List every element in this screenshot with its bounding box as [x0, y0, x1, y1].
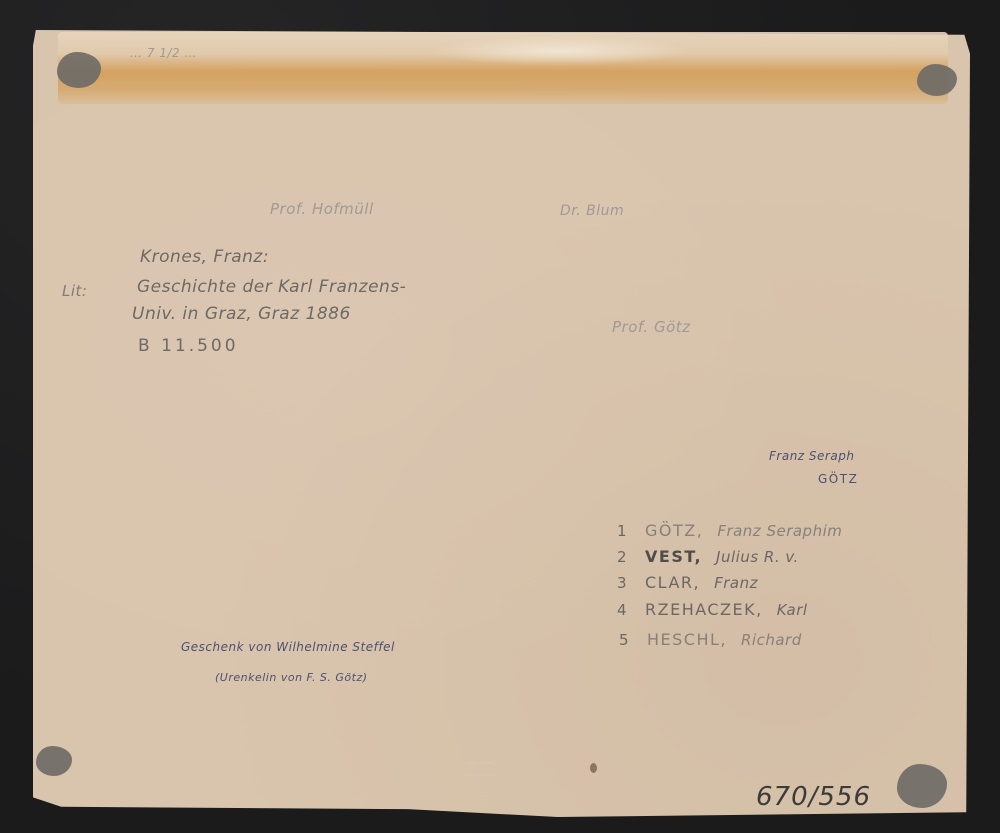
annotation-prof-goetz: Prof. Götz: [612, 318, 691, 336]
person-surname: CLAR,: [645, 573, 700, 592]
citation-shelfmark: B 11.500: [138, 336, 239, 356]
tape-pencil-mark: … 7 1/2 …: [130, 46, 197, 60]
donation-note-line2: (Urenkelin von F. S. Götz): [215, 671, 368, 684]
person-list-item-5: 5 HESCHL, Richard: [619, 630, 802, 649]
tape-worn-area: [430, 36, 690, 66]
list-number: 1: [617, 522, 631, 540]
person-given-name: Julius R. v.: [716, 548, 799, 566]
list-number: 3: [617, 574, 631, 592]
person-list-item-1: 1 GÖTZ, Franz Seraphim: [617, 521, 842, 540]
subject-surname: GÖTZ: [818, 472, 858, 486]
person-given-name: Franz: [714, 574, 758, 592]
person-surname: HESCHL,: [647, 630, 727, 649]
citation-title: Geschichte der Karl Franzens-: [137, 277, 406, 297]
citation-author: Krones, Franz:: [140, 247, 269, 267]
inventory-number: 670/556: [756, 782, 871, 812]
person-list-item-4: 4 RZEHACZEK, Karl: [617, 600, 808, 619]
stain-spot: [590, 763, 597, 773]
list-number: 4: [617, 601, 631, 619]
person-list-item-2: 2 VEST, Julius R. v.: [617, 547, 799, 566]
annotation-prof-hofmuell: Prof. Hofmüll: [270, 200, 374, 218]
person-surname: VEST,: [645, 547, 702, 566]
person-given-name: Franz Seraphim: [717, 522, 842, 540]
person-surname: RZEHACZEK,: [645, 600, 763, 619]
faint-blind-stamp: ···· ····· ············: [420, 758, 540, 796]
person-given-name: Richard: [741, 631, 802, 649]
donation-note-line1: Geschenk von Wilhelmine Steffel: [181, 640, 395, 654]
annotation-dr-blum: Dr. Blum: [560, 203, 624, 219]
paper-sheet: [33, 30, 970, 817]
stamp-line-2: ············: [420, 770, 540, 782]
citation-label: Lit:: [62, 282, 87, 300]
person-surname: GÖTZ,: [645, 521, 703, 540]
list-number: 5: [619, 631, 633, 649]
citation-publication: Univ. in Graz, Graz 1886: [132, 304, 351, 324]
subject-given-name: Franz Seraph: [769, 449, 854, 463]
stamp-line-1: ···· ·····: [420, 758, 540, 770]
list-number: 2: [617, 548, 631, 566]
person-given-name: Karl: [777, 601, 808, 619]
person-list-item-3: 3 CLAR, Franz: [617, 573, 758, 592]
